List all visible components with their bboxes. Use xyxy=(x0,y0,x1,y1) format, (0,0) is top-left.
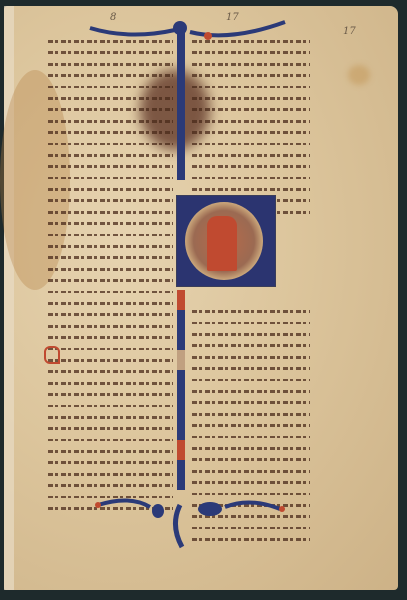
right-column-text xyxy=(192,40,310,549)
folio-number-right: 17 xyxy=(343,26,356,37)
decorative-bar-top xyxy=(177,30,185,180)
spot-stain xyxy=(348,65,370,85)
historiated-initial xyxy=(176,195,276,287)
figure-in-initial xyxy=(207,216,237,271)
red-paragraph-mark xyxy=(44,346,60,364)
left-column-text xyxy=(48,40,173,518)
decorative-bar-bottom xyxy=(177,290,185,490)
bottom-flourish xyxy=(90,495,290,555)
